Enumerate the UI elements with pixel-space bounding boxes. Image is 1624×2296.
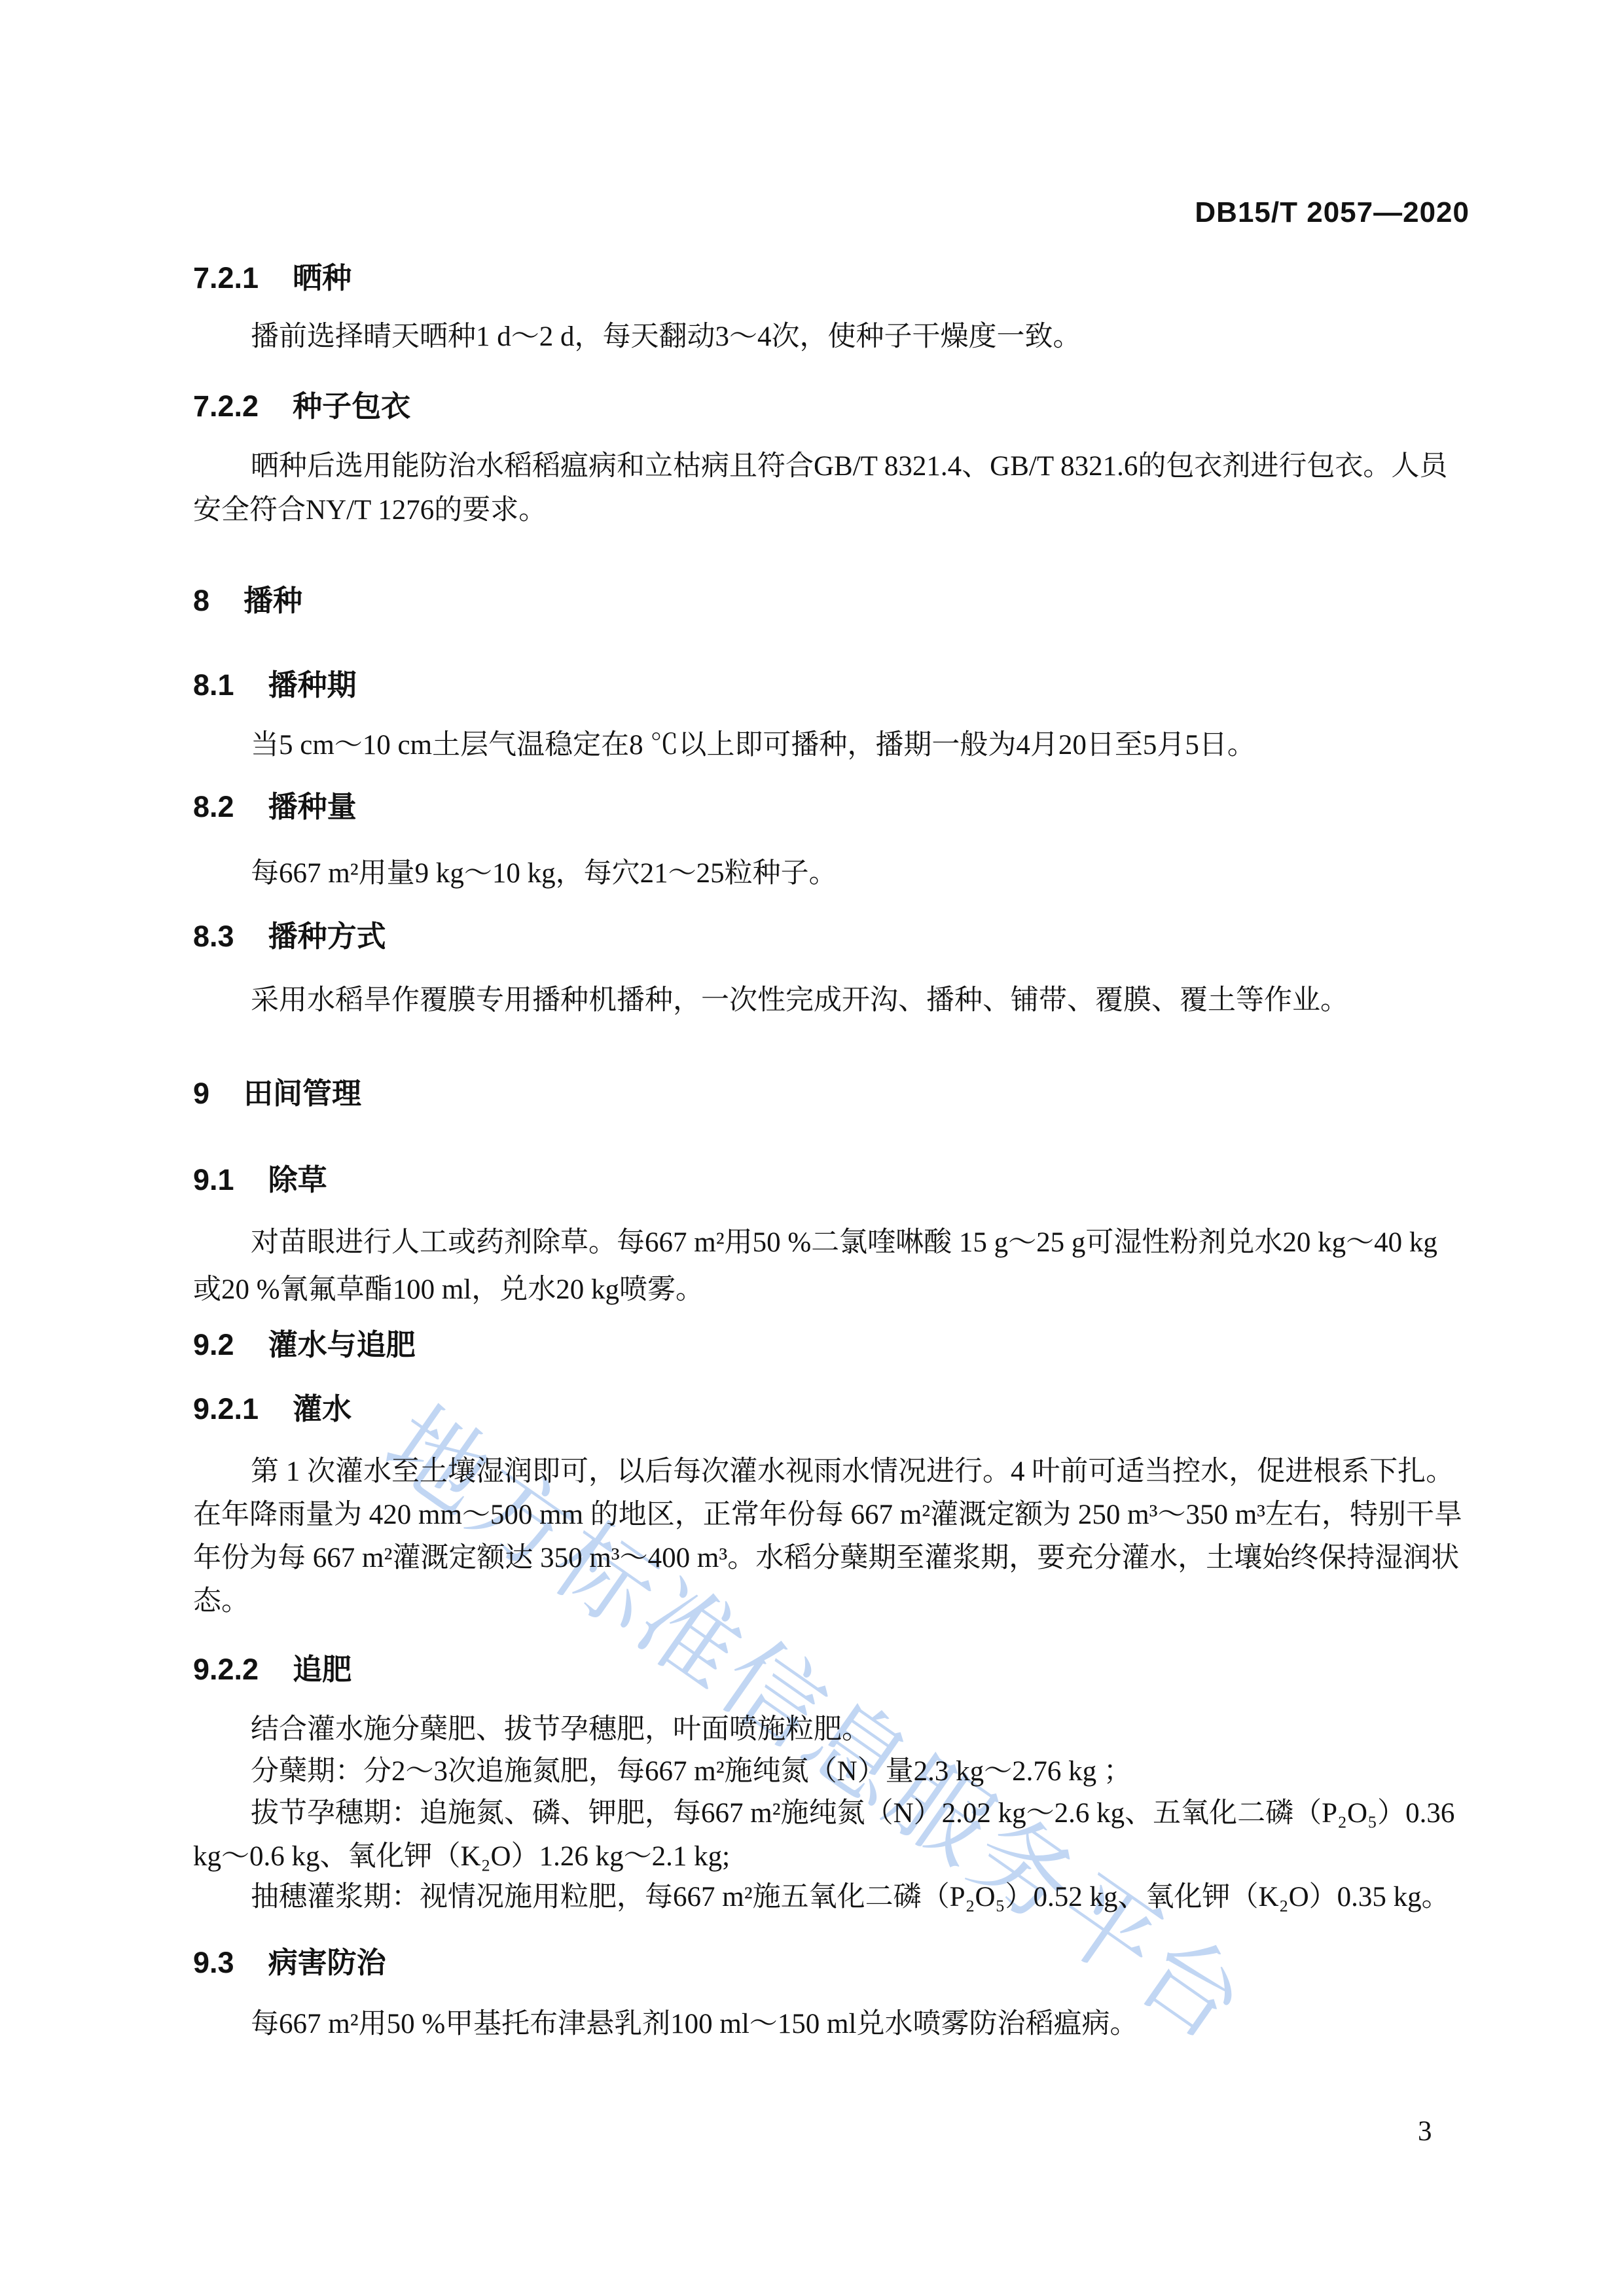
paragraph-line: 抽穗灌浆期：视情况施用粒肥，每667 m²施五氧化二磷（P₂O₅）0.52 kg… — [193, 1881, 1543, 1913]
heading-number: 9.2.1 — [193, 1393, 259, 1426]
page-number: 3 — [1418, 2115, 1432, 2147]
section-heading-9-3: 9.3病害防治 — [193, 1946, 386, 1979]
heading-number: 8.1 — [193, 669, 234, 702]
heading-title: 播种 — [244, 584, 302, 617]
heading-title: 除草 — [268, 1163, 327, 1196]
paragraph-line: 年份为每 667 m²灌溉定额达 350 m³～400 m³。水稻分蘖期至灌浆期… — [193, 1542, 1486, 1574]
paragraph-line: 采用水稻旱作覆膜专用播种机播种，一次性完成开沟、播种、铺带、覆膜、覆土等作业。 — [193, 984, 1543, 1016]
paragraph-line: 每667 m²用50 %甲基托布津悬乳剂100 ml～150 ml兑水喷雾防治稻… — [193, 2008, 1543, 2040]
heading-title: 病害防治 — [268, 1946, 386, 1979]
heading-number: 8 — [193, 584, 209, 617]
heading-number: 9.1 — [193, 1164, 234, 1196]
section-heading-9-1: 9.1除草 — [193, 1164, 327, 1196]
heading-number: 9.2 — [193, 1329, 234, 1361]
paragraph-line: 结合灌水施分蘖肥、拔节孕穗肥，叶面喷施粒肥。 — [193, 1713, 1543, 1746]
heading-number: 9.2.2 — [193, 1653, 259, 1686]
heading-title: 追肥 — [293, 1653, 352, 1686]
heading-title: 灌水 — [293, 1392, 352, 1426]
section-heading-9: 9田间管理 — [193, 1077, 361, 1110]
paragraph-line: 态。 — [193, 1585, 1486, 1617]
heading-title: 播种量 — [268, 790, 357, 823]
section-heading-8-2: 8.2播种量 — [193, 791, 357, 823]
paragraph-line: 分蘖期：分2～3次追施氮肥，每667 m²施纯氮（N）量2.3 kg～2.76 … — [193, 1755, 1543, 1787]
section-heading-9-2-1: 9.2.1灌水 — [193, 1393, 352, 1426]
paragraph-line: 在年降雨量为 420 mm～500 mm 的地区，正常年份每 667 m²灌溉定… — [193, 1499, 1486, 1531]
section-heading-7-2-1: 7.2.1晒种 — [193, 262, 352, 295]
paragraph-line: 播前选择晴天晒种1 d～2 d，每天翻动3～4次，使种子干燥度一致。 — [193, 321, 1543, 353]
section-heading-9-2-2: 9.2.2追肥 — [193, 1653, 352, 1686]
paragraph-line: 晒种后选用能防治水稻稻瘟病和立枯病且符合GB/T 8321.4、GB/T 832… — [193, 450, 1543, 482]
paragraph-line: 对苗眼进行人工或药剂除草。每667 m²用50 %二氯喹啉酸 15 g～25 g… — [193, 1227, 1543, 1259]
heading-title: 种子包衣 — [293, 389, 410, 423]
paragraph-line: 安全符合NY/T 1276的要求。 — [193, 494, 1486, 526]
paragraph-line: 第 1 次灌水至土壤湿润即可，以后每次灌水视雨水情况进行。4 叶前可适当控水，促… — [193, 1456, 1543, 1488]
paragraph-line: 当5 cm～10 cm土层气温稳定在8 ℃以上即可播种，播期一般为4月20日至5… — [193, 729, 1543, 761]
section-heading-7-2-2: 7.2.2种子包衣 — [193, 390, 410, 423]
heading-title: 田间管理 — [244, 1077, 361, 1110]
heading-number: 8.3 — [193, 920, 234, 953]
heading-number: 7.2.1 — [193, 262, 259, 295]
heading-number: 9.3 — [193, 1946, 234, 1979]
section-heading-8: 8播种 — [193, 584, 302, 617]
heading-number: 9 — [193, 1077, 209, 1110]
document-page: 地方标准信息服务平台 DB15/T 2057—2020 7.2.1晒种 播前选择… — [0, 0, 1624, 2296]
paragraph-line: 拔节孕穗期：追施氮、磷、钾肥，每667 m²施纯氮（N）2.02 kg～2.6 … — [193, 1797, 1543, 1829]
paragraph-line: kg～0.6 kg、氧化钾（K₂O）1.26 kg～2.1 kg; — [193, 1840, 1486, 1873]
paragraph-line: 每667 m²用量9 kg～10 kg，每穴21～25粒种子。 — [193, 857, 1543, 889]
running-header: DB15/T 2057—2020 — [1195, 196, 1470, 229]
heading-title: 晒种 — [293, 261, 352, 295]
section-heading-9-2: 9.2灌水与追肥 — [193, 1329, 416, 1361]
section-heading-8-3: 8.3播种方式 — [193, 920, 386, 953]
heading-title: 播种方式 — [268, 920, 386, 953]
section-heading-8-1: 8.1播种期 — [193, 669, 357, 702]
paragraph-line: 或20 %氰氟草酯100 ml，兑水20 kg喷雾。 — [193, 1274, 1486, 1306]
heading-number: 7.2.2 — [193, 390, 259, 423]
heading-title: 播种期 — [268, 668, 357, 702]
heading-title: 灌水与追肥 — [268, 1328, 416, 1361]
heading-number: 8.2 — [193, 791, 234, 823]
